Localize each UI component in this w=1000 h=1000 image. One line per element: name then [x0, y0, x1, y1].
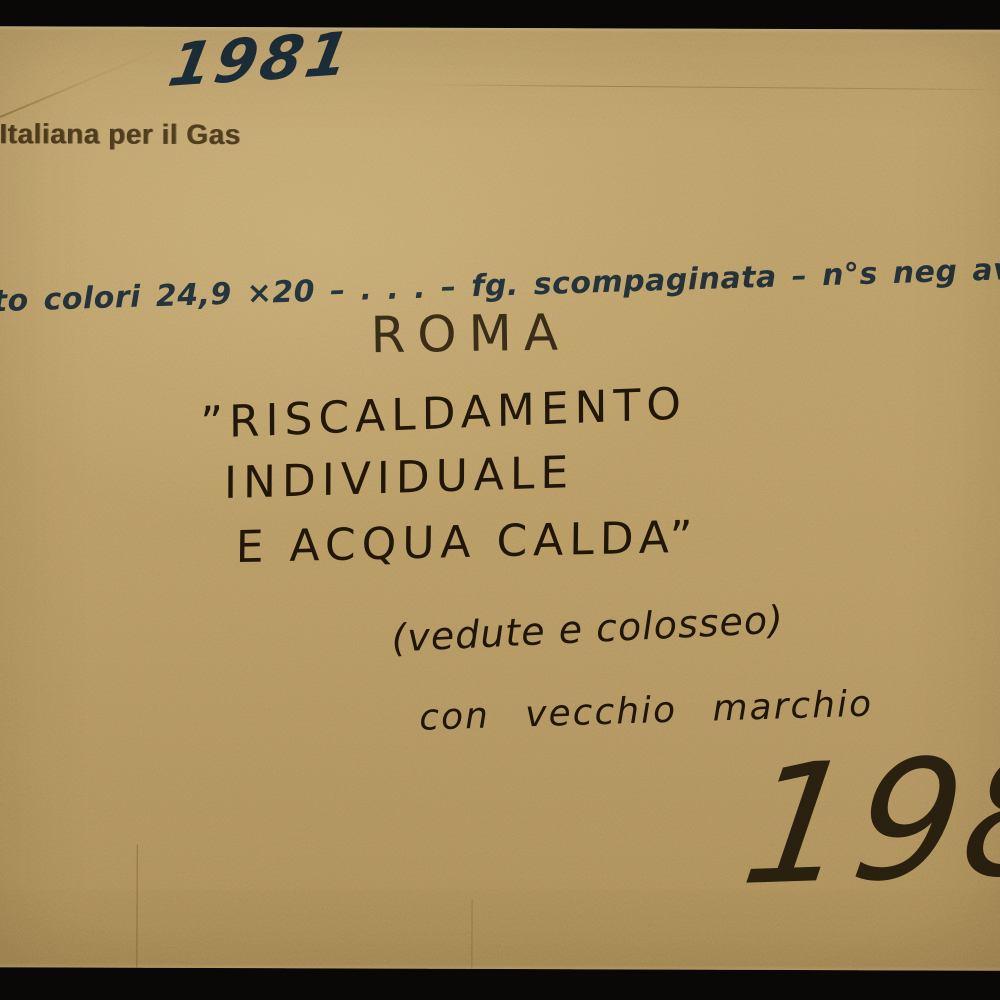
- photo-of-archival-envelope: 1981 Italiana per il Gas to colori 24,9 …: [0, 0, 1000, 1000]
- handwritten-subject-note: (vedute e colosseo): [390, 597, 784, 660]
- handwritten-year-bottom: 1981: [733, 716, 1000, 921]
- handwritten-city: ROMA: [370, 304, 570, 365]
- handwritten-title-line-3: E ACQUA CALDA”: [236, 512, 699, 574]
- vertical-crease-left: [136, 845, 137, 968]
- handwritten-year-top: 1981: [163, 19, 357, 101]
- handwritten-title-line-1: ”RISCALDAMENTO: [200, 378, 687, 449]
- kraft-envelope: 1981 Italiana per il Gas to colori 24,9 …: [0, 26, 1000, 971]
- printed-company-name: Italiana per il Gas: [0, 118, 241, 151]
- handwritten-title-line-2: INDIVIDUALE: [224, 447, 574, 509]
- vertical-crease-middle: [471, 900, 472, 969]
- corner-crease: [0, 49, 161, 124]
- flap-fold-line: [417, 84, 1000, 90]
